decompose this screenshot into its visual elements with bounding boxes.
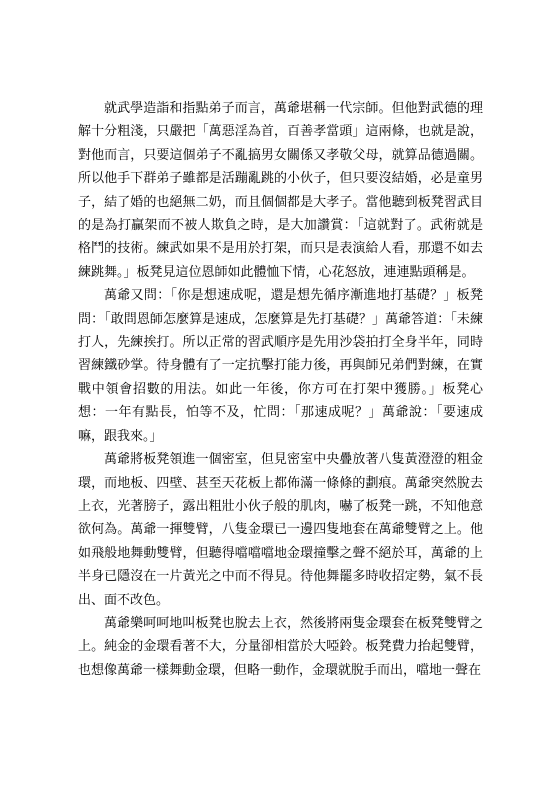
paragraph: 就武學造詣和指點弟子而言，萬爺堪稱一代宗師。但他對武德的理解十分粗淺，只嚴把「萬… — [78, 96, 483, 283]
text-body: 就武學造詣和指點弟子而言，萬爺堪稱一代宗師。但他對武德的理解十分粗淺，只嚴把「萬… — [78, 96, 483, 681]
paragraph: 萬爺又問：「你是想速成呢，還是想先循序漸進地打基礎？」板凳問：「敢問恩師怎麼算是… — [78, 283, 483, 447]
paragraph: 萬爺將板凳領進一個密室，但見密室中央疊放著八隻黃澄澄的粗金環，而地板、四壁、甚至… — [78, 447, 483, 611]
document-page: 就武學造詣和指點弟子而言，萬爺堪稱一代宗師。但他對武德的理解十分粗淺，只嚴把「萬… — [0, 0, 559, 793]
paragraph: 萬爺樂呵呵地叫板凳也脫去上衣，然後將兩隻金環套在板凳雙臂之上。純金的金環看著不大… — [78, 611, 483, 681]
